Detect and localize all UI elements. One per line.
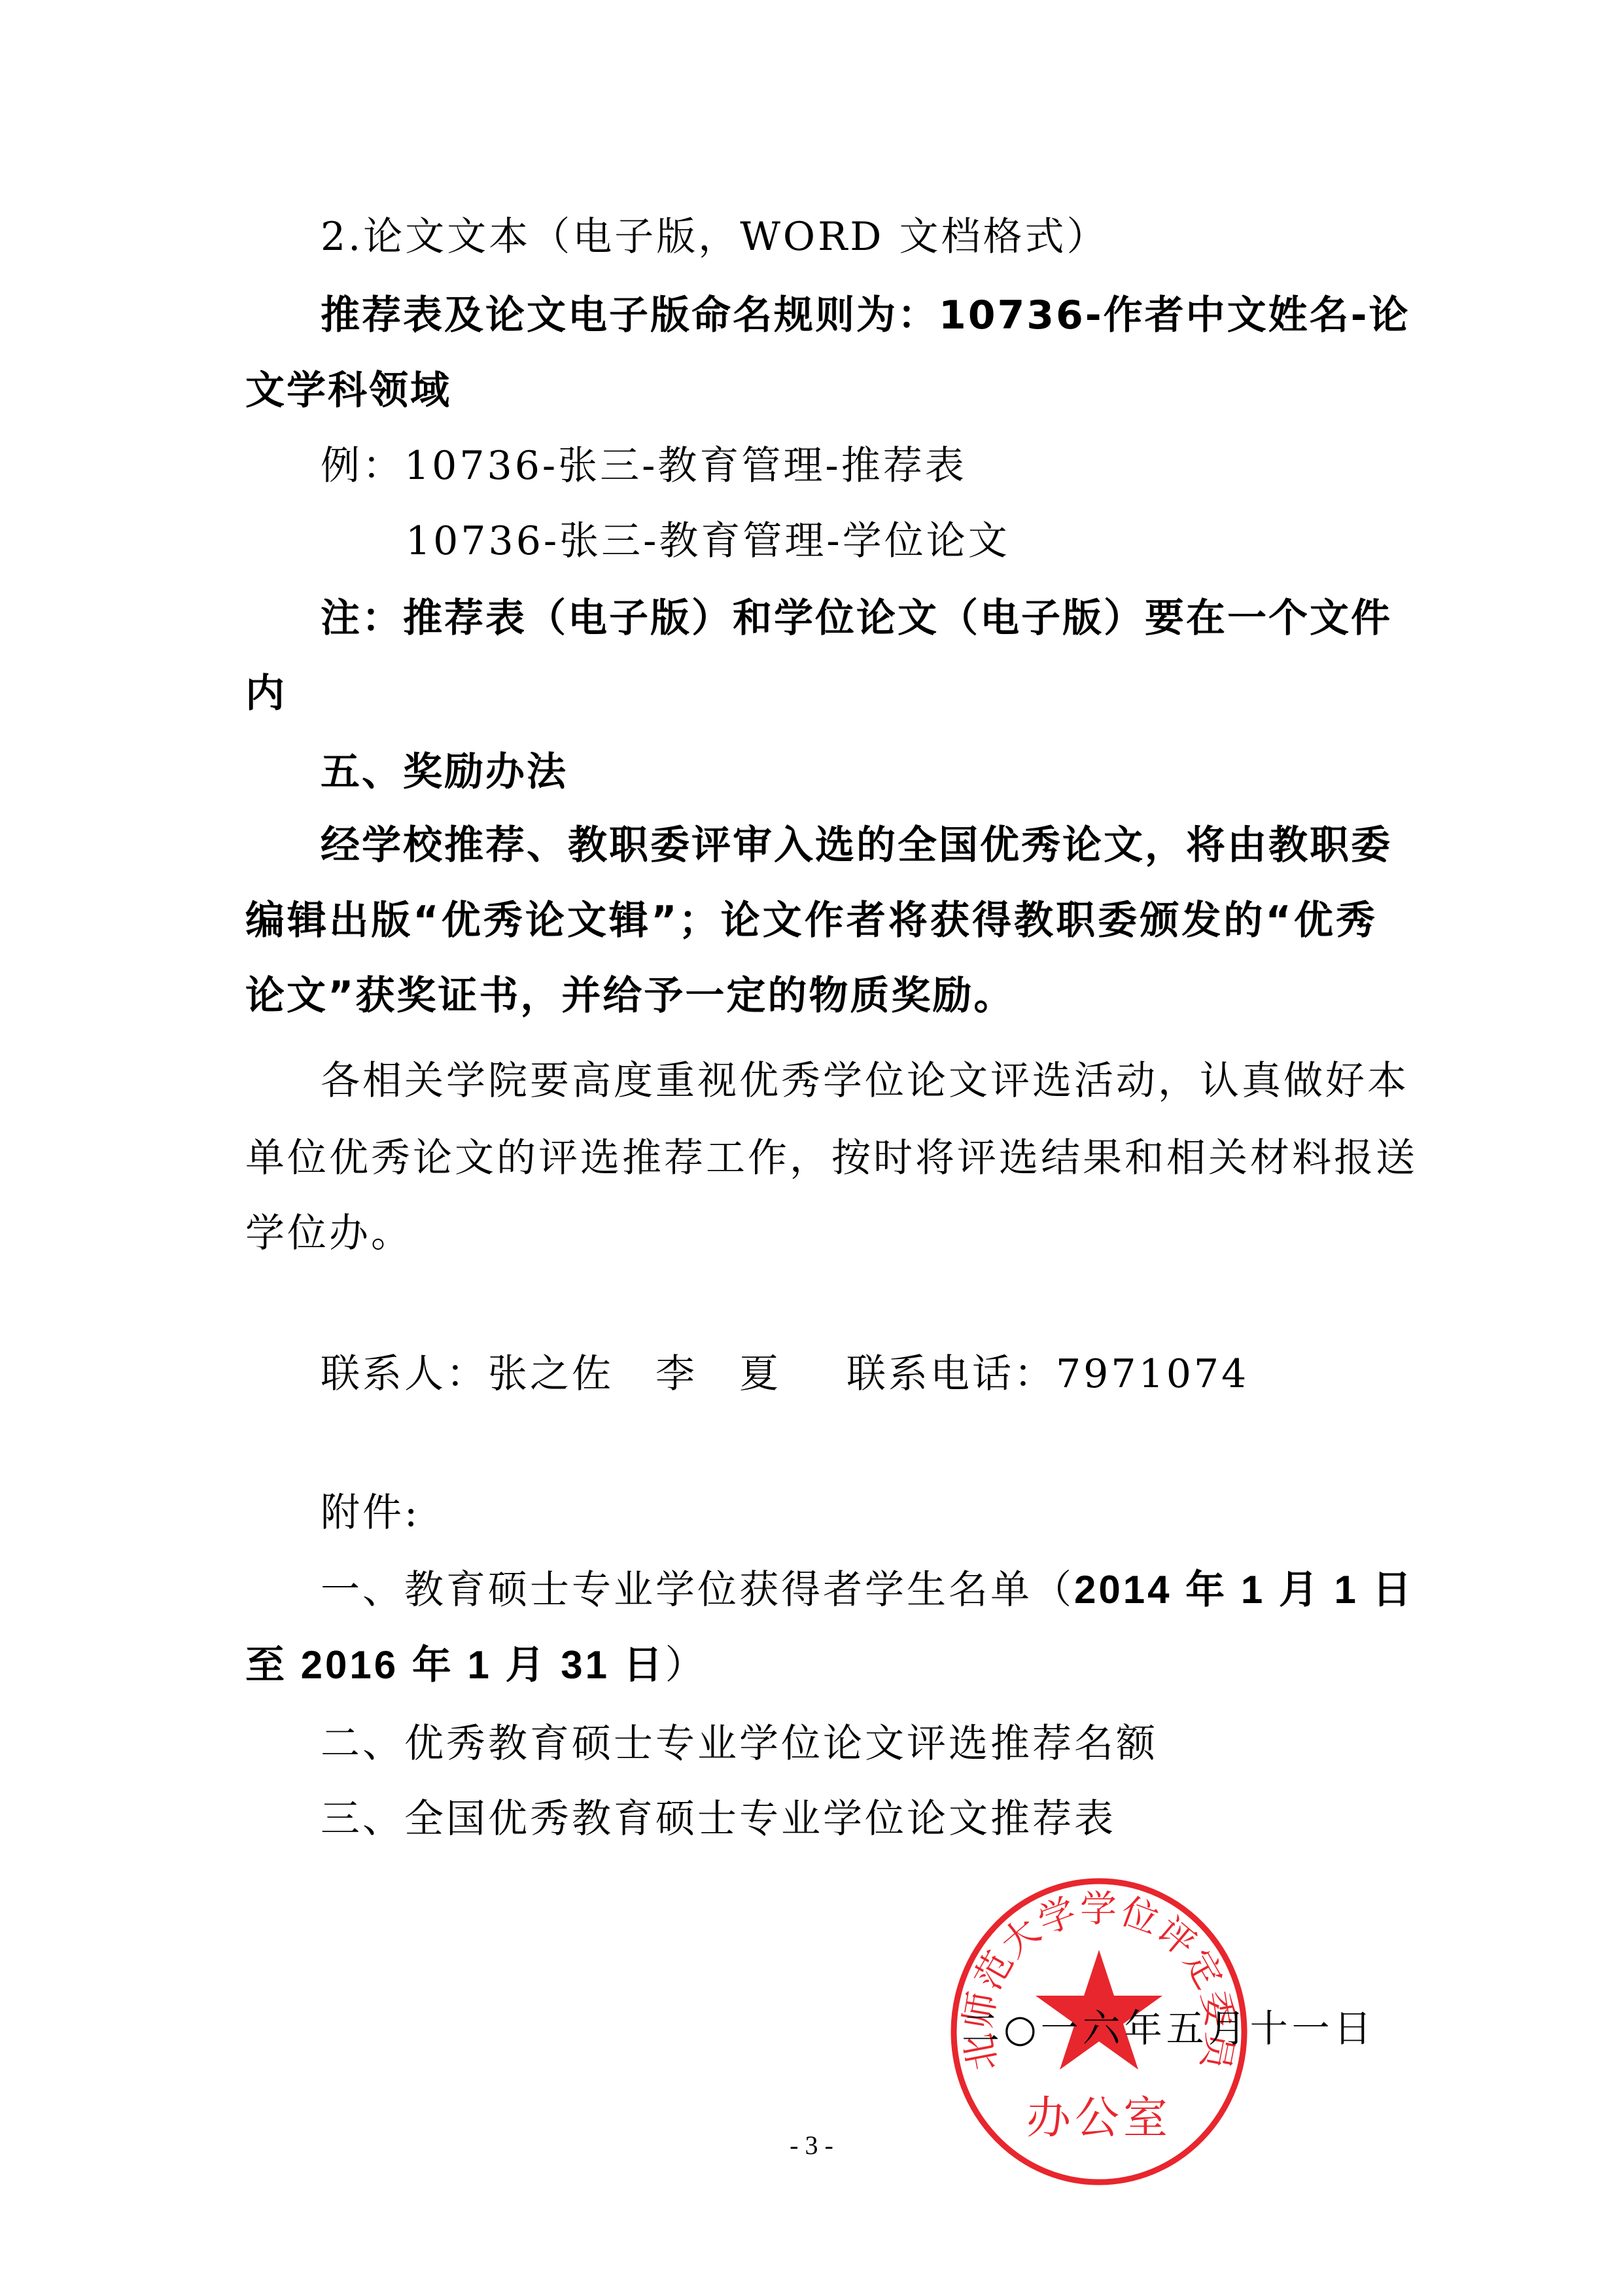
example-line-2: 10736-张三-教育管理-学位论文: [406, 515, 1010, 567]
closing-line-3: 学位办。: [245, 1207, 413, 1260]
contact-line: 联系人：张之佐 李 夏联系电话：7971074: [321, 1348, 1249, 1400]
rewards-line-3: 论文”获奖证书，并给予一定的物质奖励。: [245, 970, 1015, 1022]
attachment-item-1-close: ）: [665, 1642, 707, 1688]
attachment-item-1-text: 一、教育硕士专业学位获得者学生名单（: [321, 1567, 1074, 1613]
naming-rule-line-2: 文学科领域: [245, 364, 451, 417]
contact-label: 联系人：: [321, 1351, 488, 1397]
attachment-item-1-continued: 至 2016 年 1 月 31 日）: [245, 1639, 707, 1691]
contact-persons: 张之佐 李 夏: [488, 1351, 781, 1397]
closing-line-2: 单位优秀论文的评选推荐工作，按时将评选结果和相关材料报送: [245, 1132, 1377, 1184]
naming-rule-line-1: 推荐表及论文电子版命名规则为：10736-作者中文姓名-论: [321, 289, 1377, 342]
attachment-item-1-date-end: 至 2016 年 1 月 31 日: [245, 1643, 665, 1687]
rewards-line-2: 编辑出版“优秀论文辑”；论文作者将获得教职委颁发的“优秀: [245, 894, 1377, 947]
contact-phone: 7971074: [1056, 1351, 1249, 1397]
note-line-1: 注：推荐表（电子版）和学位论文（电子版）要在一个文件: [321, 592, 1377, 645]
paragraph-thesis-text: 2.论文文本（电子版，WORD 文档格式）: [321, 211, 1108, 263]
attachment-item-3: 三、全国优秀教育硕士专业学位论文推荐表: [321, 1793, 1116, 1845]
contact-phone-label: 联系电话：: [846, 1351, 1056, 1397]
attachments-label: 附件:: [321, 1487, 420, 1539]
rewards-line-1: 经学校推荐、教职委评审入选的全国优秀论文，将由教职委: [321, 819, 1377, 872]
attachment-item-1: 一、教育硕士专业学位获得者学生名单（2014 年 1 月 1 日: [321, 1564, 1414, 1616]
attachment-item-2: 二、优秀教育硕士专业学位论文评选推荐名额: [321, 1718, 1158, 1770]
page-number: - 3 -: [0, 2130, 1623, 2161]
attachment-item-1-date: 2014 年 1 月 1 日: [1074, 1568, 1414, 1612]
signature-date: 二○一六年五月十一日: [962, 2002, 1376, 2055]
example-line-1: 例：10736-张三-教育管理-推荐表: [321, 440, 967, 492]
note-line-2: 内: [245, 667, 287, 720]
closing-line-1: 各相关学院要高度重视优秀学位论文评选活动，认真做好本: [321, 1055, 1377, 1107]
section-heading-rewards: 五、奖励办法: [321, 746, 568, 798]
